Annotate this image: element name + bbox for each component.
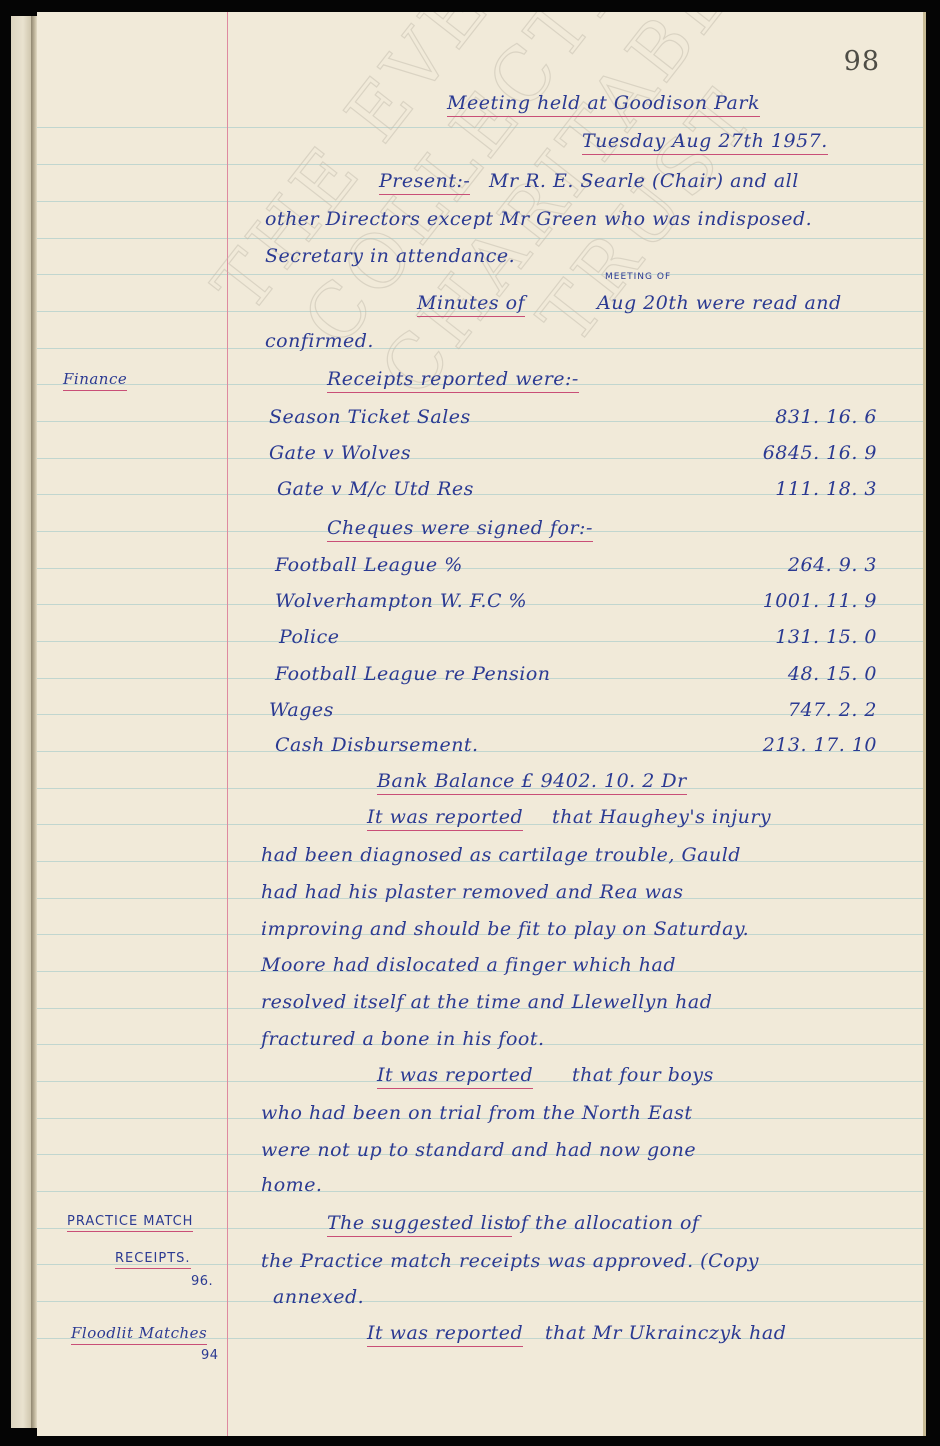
practice-match-line: the Practice match receipts was approved… [261, 1250, 759, 1272]
practice-match-margin-label: PRACTICE MATCH [67, 1214, 193, 1232]
practice-match-margin-label-2: RECEIPTS. [115, 1251, 191, 1269]
cheque-item: Football League % [275, 554, 463, 576]
present-label: Present:- [379, 170, 470, 195]
minutes-insert: MEETING OF [605, 272, 671, 282]
receipt-item: Gate v Wolves [269, 442, 411, 464]
minute-book-page: THE EVERTON COLLECTION CHARITABLE TRUST … [37, 12, 926, 1436]
trialists-line: that four boys [572, 1064, 714, 1086]
cheque-amount: 1001. 11. 9 [737, 590, 877, 612]
injuries-line: fractured a bone in his foot. [261, 1028, 545, 1050]
minutes-label: Minutes of [417, 292, 525, 317]
page-number: 98 [844, 46, 880, 77]
cheque-item: Wolverhampton W. F.C % [275, 590, 527, 612]
page-edge [923, 12, 926, 1436]
cheque-item: Cash Disbursement. [275, 734, 479, 756]
injuries-line: resolved itself at the time and Llewelly… [261, 991, 712, 1013]
ruled-line [37, 164, 926, 165]
receipt-amount: 6845. 16. 9 [737, 442, 877, 464]
injuries-line: improving and should be fit to play on S… [261, 918, 749, 940]
receipts-heading: Receipts reported were:- [327, 368, 579, 393]
injuries-line: that Haughey's injury [552, 806, 771, 828]
meeting-date: Tuesday Aug 27th 1957. [582, 130, 828, 155]
minutes-text: Aug 20th were read and [597, 292, 842, 314]
injuries-line: had had his plaster removed and Rea was [261, 881, 683, 903]
bank-balance: Bank Balance £ 9402. 10. 2 Dr [377, 770, 687, 795]
floodlit-text: that Mr Ukrainczyk had [545, 1322, 786, 1344]
receipt-amount: 831. 16. 6 [737, 406, 877, 428]
practice-match-line: annexed. [273, 1286, 364, 1308]
floodlit-margin-label: Floodlit Matches [71, 1324, 207, 1345]
trialists-line: home. [261, 1174, 322, 1196]
cheque-amount: 264. 9. 3 [737, 554, 877, 576]
present-text: Mr R. E. Searle (Chair) and all [489, 170, 799, 192]
trialists-lead: It was reported [377, 1064, 533, 1089]
trialists-line: were not up to standard and had now gone [261, 1139, 696, 1161]
cheque-item: Wages [269, 699, 334, 721]
cheque-item: Police [279, 626, 340, 648]
margin-rule [227, 12, 228, 1436]
cheque-amount: 747. 2. 2 [737, 699, 877, 721]
ruled-line [37, 201, 926, 202]
injuries-line: Moore had dislocated a finger which had [261, 954, 676, 976]
book-spine [11, 16, 31, 1428]
ruled-line [37, 1191, 926, 1192]
injuries-line: had been diagnosed as cartilage trouble,… [261, 844, 741, 866]
receipt-item: Gate v M/c Utd Res [277, 478, 474, 500]
injuries-lead: It was reported [367, 806, 523, 831]
floodlit-ref: 94 [201, 1348, 219, 1363]
receipt-item: Season Ticket Sales [269, 406, 471, 428]
attendance-line-2: other Directors except Mr Green who was … [265, 208, 812, 230]
practice-match-line: of the allocation of [509, 1212, 699, 1234]
ruled-line [37, 348, 926, 349]
ruled-line [37, 274, 926, 275]
floodlit-lead: It was reported [367, 1322, 523, 1347]
trialists-line: who had been on trial from the North Eas… [261, 1102, 693, 1124]
cheque-amount: 48. 15. 0 [737, 663, 877, 685]
cheque-amount: 213. 17. 10 [737, 734, 877, 756]
receipt-amount: 111. 18. 3 [737, 478, 877, 500]
cheque-amount: 131. 15. 0 [737, 626, 877, 648]
practice-match-ref: 96. [191, 1274, 213, 1289]
cheques-heading: Cheques were signed for:- [327, 517, 593, 542]
ledger-book: THE EVERTON COLLECTION CHARITABLE TRUST … [11, 12, 926, 1436]
cheque-item: Football League re Pension [275, 663, 551, 685]
finance-margin-label: Finance [63, 370, 127, 391]
minutes-line-2: confirmed. [265, 330, 374, 352]
attendance-line-3: Secretary in attendance. [265, 245, 515, 267]
ruled-line [37, 127, 926, 128]
practice-match-lead: The suggested list [327, 1212, 512, 1237]
ruled-line [37, 238, 926, 239]
ruled-line [37, 1301, 926, 1302]
meeting-heading: Meeting held at Goodison Park [447, 92, 760, 117]
